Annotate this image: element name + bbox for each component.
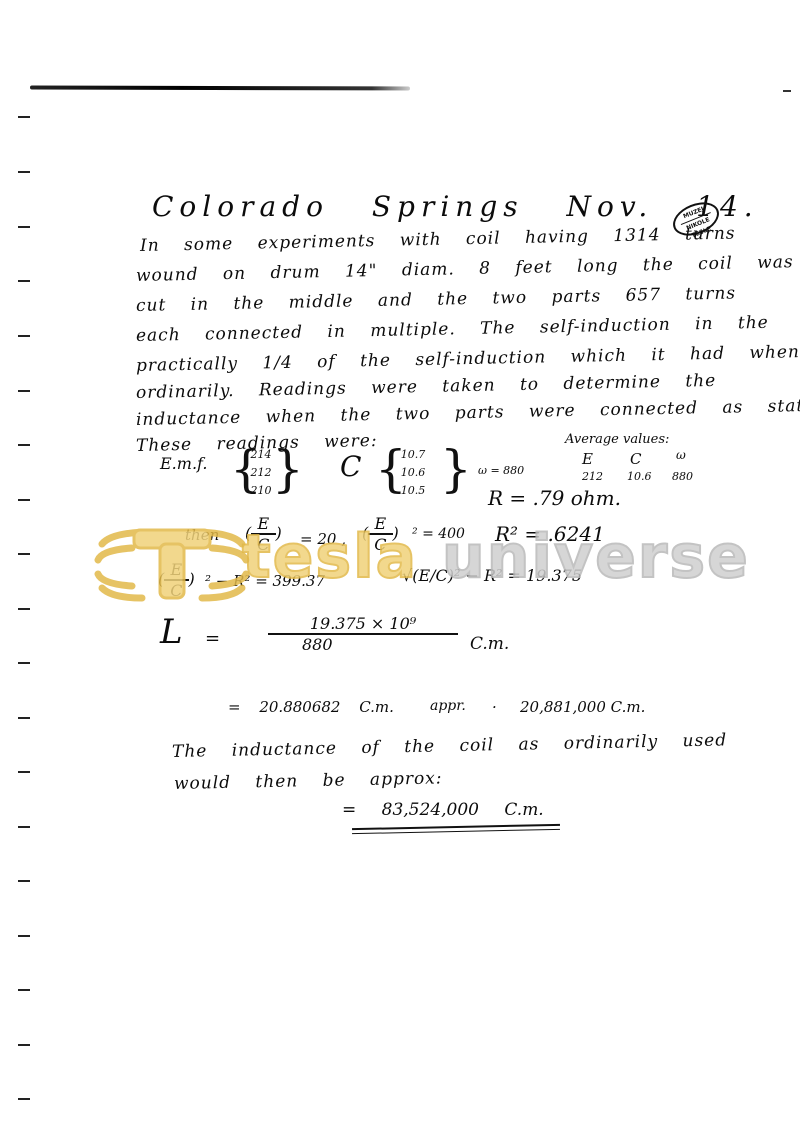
current-value: 10.5 xyxy=(398,482,428,500)
emf-values: 214 212 210 xyxy=(250,446,272,500)
emf-value: 212 xyxy=(250,464,272,482)
current-brace-close: } xyxy=(440,444,472,494)
margin-tick xyxy=(18,335,30,337)
average-value-e: 212 xyxy=(582,470,603,483)
inductance-unit: C.m. xyxy=(470,634,509,654)
margin-tick xyxy=(18,553,30,555)
inductance-denominator: 880 xyxy=(268,635,458,654)
paragraph-line: ordinarily. Readings were taken to deter… xyxy=(136,371,717,403)
result-approx-dot: · xyxy=(492,698,497,716)
margin-tick xyxy=(18,717,30,719)
margin-tick xyxy=(18,826,30,828)
right-edge-mark xyxy=(783,90,791,92)
e-over-c-squared-fraction: (EC) xyxy=(362,514,399,554)
top-rule xyxy=(30,86,410,91)
paragraph-line: each connected in multiple. The self-ind… xyxy=(136,313,769,346)
average-value-c: 10.6 xyxy=(627,470,652,483)
paragraph-line: wound on drum 14" diam. 8 feet long the … xyxy=(136,252,794,286)
paragraph-line: cut in the middle and the two parts 657 … xyxy=(136,283,736,316)
final-underline-2 xyxy=(352,829,560,834)
margin-tick xyxy=(18,1098,30,1100)
emf-brace-close: } xyxy=(272,444,304,494)
current-value: 10.6 xyxy=(398,464,428,482)
margin-tick xyxy=(18,880,30,882)
current-label: C xyxy=(340,450,361,483)
difference-value: ² − R² = 399.37 xyxy=(205,572,325,590)
inductance-numerator: 19.375 × 10⁹ xyxy=(268,614,458,635)
average-label: Average values: xyxy=(565,432,669,447)
margin-tick xyxy=(18,116,30,118)
result-approx: 20,881,000 C.m. xyxy=(520,698,645,716)
e-over-c-squared-value: ² = 400 xyxy=(412,526,465,542)
margin-tick xyxy=(18,226,30,228)
margin-tick xyxy=(18,989,30,991)
margin-tick xyxy=(18,390,30,392)
margin-tick xyxy=(18,1044,30,1046)
then-word: then xyxy=(185,526,219,544)
r-squared-value: R² = .6241 xyxy=(495,522,605,546)
e-over-c-fraction: (EC) xyxy=(245,514,282,554)
result-exact: = 20.880682 C.m. xyxy=(228,698,394,716)
average-value-omega: 880 xyxy=(672,470,693,483)
average-header-c: C xyxy=(630,450,641,468)
resistance-value: R = .79 ohm. xyxy=(488,486,621,510)
current-values: 10.7 10.6 10.5 xyxy=(398,446,428,500)
paragraph-line: In some experiments with coil having 131… xyxy=(140,224,736,256)
result-approx-label: appr. xyxy=(430,698,466,714)
average-header-omega: ω xyxy=(676,448,686,462)
margin-tick xyxy=(18,171,30,173)
final-value: = 83,524,000 C.m. xyxy=(342,800,544,820)
margin-tick xyxy=(18,935,30,937)
margin-tick xyxy=(18,444,30,446)
margin-tick xyxy=(18,771,30,773)
margin-tick xyxy=(18,608,30,610)
e-over-c-value: = 20 , xyxy=(300,530,346,548)
margin-tick xyxy=(18,499,30,501)
current-value: 10.7 xyxy=(398,446,428,464)
inductance-fraction: 19.375 × 10⁹ 880 xyxy=(268,614,458,654)
equals-sign: = xyxy=(205,628,220,649)
inductance-symbol: L xyxy=(160,612,183,652)
e-over-c-fraction-2: (EC) xyxy=(158,560,195,600)
document-page: Colorado Springs Nov. 14. 1899 MUZEJ NIK… xyxy=(0,0,800,1134)
conclusion-line: would then be approx: xyxy=(174,768,443,794)
omega-note: ω = 880 xyxy=(478,464,524,477)
conclusion-line: The inductance of the coil as ordinarily… xyxy=(172,730,728,762)
average-header-e: E xyxy=(582,450,593,468)
emf-label: E.m.f. xyxy=(160,454,207,473)
emf-value: 210 xyxy=(250,482,272,500)
sqrt-expression: √(E/C)² − R² = 19.375 xyxy=(402,566,582,585)
emf-value: 214 xyxy=(250,446,272,464)
margin-tick xyxy=(18,280,30,282)
margin-tick xyxy=(18,662,30,664)
